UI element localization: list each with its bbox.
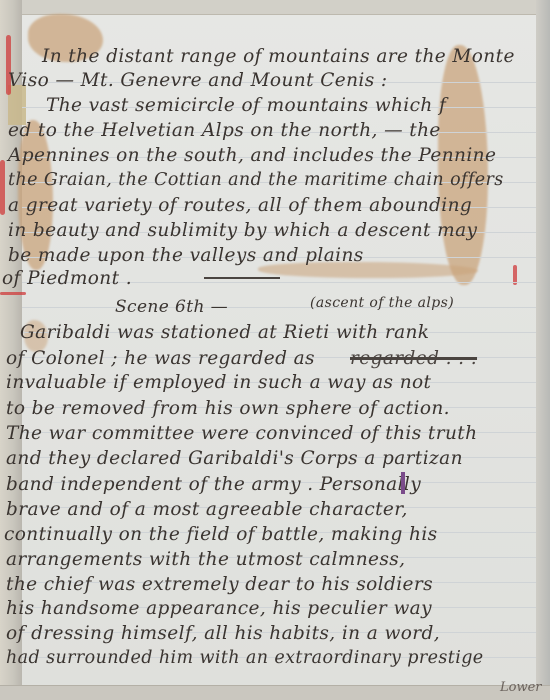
- manuscript-line: and they declared Garibaldi's Corps a pa…: [6, 448, 463, 469]
- manuscript-line: invaluable if employed in such a way as …: [6, 372, 431, 393]
- manuscript-line: brave and of a most agreeable character,: [6, 499, 408, 520]
- manuscript-line: of Colonel ; he was regarded as: [6, 348, 315, 369]
- manuscript-line: to be removed from his own sphere of act…: [6, 398, 450, 419]
- page-top-edge: [0, 0, 550, 15]
- catchword: Lower: [500, 680, 542, 695]
- manuscript-line: Apennines on the south, and includes the…: [8, 145, 496, 166]
- red-ink-mark: [0, 160, 5, 215]
- manuscript-page: In the distant range of mountains are th…: [0, 0, 550, 700]
- page-bottom-edge: [0, 685, 550, 700]
- manuscript-line: his handsome appearance, his peculier wa…: [6, 598, 432, 619]
- manuscript-line: of dressing himself, all his habits, in …: [6, 623, 440, 644]
- manuscript-line: be made upon the valleys and plains: [8, 245, 364, 266]
- manuscript-line: ed to the Helvetian Alps on the north, —…: [8, 120, 441, 141]
- scene-heading: Scene 6th —: [115, 297, 228, 317]
- manuscript-line: had surrounded him with an extraordinary…: [6, 648, 484, 668]
- manuscript-line: the chief was extremely dear to his sold…: [6, 574, 433, 595]
- manuscript-line: the Graian, the Cottian and the maritime…: [8, 170, 504, 190]
- manuscript-line: of Piedmont .: [2, 268, 132, 289]
- page-right-edge: [536, 0, 550, 700]
- manuscript-line: Viso — Mt. Genevre and Mount Cenis :: [8, 70, 388, 91]
- manuscript-line: In the distant range of mountains are th…: [42, 46, 515, 67]
- divider-dash: [204, 277, 280, 279]
- manuscript-line: in beauty and sublimity by which a desce…: [8, 220, 477, 241]
- manuscript-line: Garibaldi was stationed at Rieti with ra…: [20, 322, 429, 343]
- manuscript-line: The vast semicircle of mountains which f: [46, 95, 446, 116]
- manuscript-line: The war committee were convinced of this…: [6, 423, 477, 444]
- manuscript-line: band independent of the army . Personall…: [6, 474, 421, 495]
- red-ink-mark: [0, 292, 26, 295]
- manuscript-line: continually on the field of battle, maki…: [4, 524, 438, 545]
- scene-subtitle: (ascent of the alps): [310, 295, 454, 311]
- paragraph-mark: [401, 472, 405, 494]
- manuscript-line: arrangements with the utmost calmness,: [6, 549, 405, 570]
- manuscript-line: a great variety of routes, all of them a…: [8, 195, 472, 216]
- struck-out-text: regarded . . .: [350, 348, 477, 369]
